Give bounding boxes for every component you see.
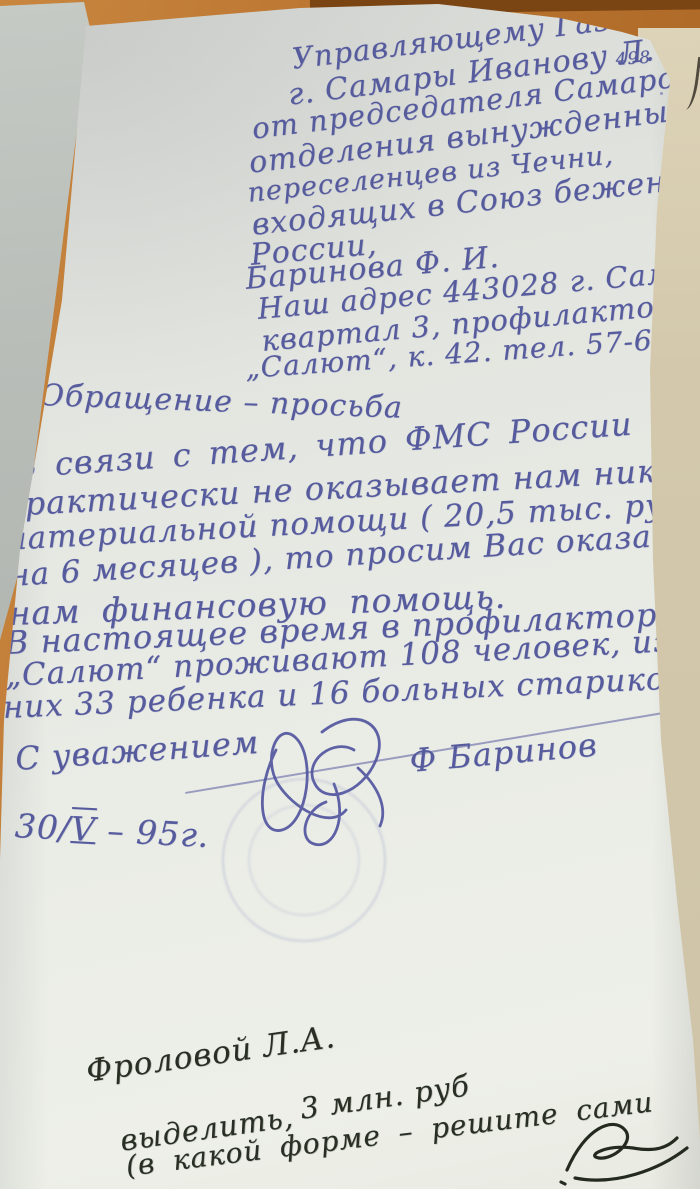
document-page: 498 Управляющему Газбанком г. Самары Ива… bbox=[0, 0, 700, 1189]
ink-specks bbox=[660, 92, 663, 95]
date-day: 30/ bbox=[14, 806, 72, 848]
date-year: – 95г. bbox=[95, 810, 211, 855]
date-month-roman: V bbox=[70, 809, 97, 849]
photo-of-handwritten-letter: { "page_number": "498", "letter": { "rec… bbox=[0, 0, 700, 1189]
resolution-signature-flourish bbox=[555, 1108, 695, 1188]
faint-stamp-inner-ring bbox=[248, 804, 360, 916]
